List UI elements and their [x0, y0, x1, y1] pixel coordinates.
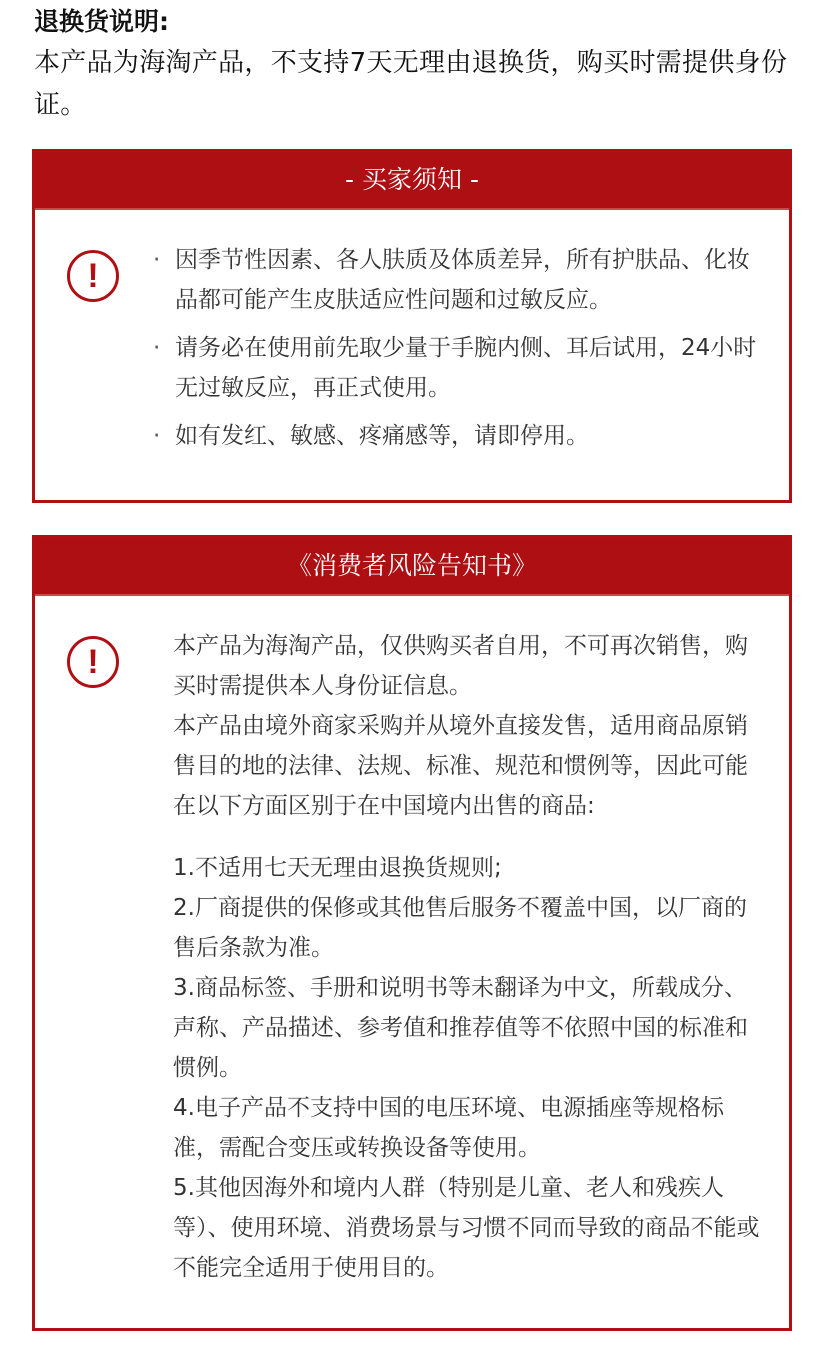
exclamation-circle-icon: ! [67, 250, 119, 302]
risk-notice-box: 《消费者风险告知书》 ! 本产品为海淘产品，仅供购买者自用，不可再次销售，购买时… [32, 535, 792, 1331]
risk-item: 4.电子产品不支持中国的电压环境、电源插座等规格标准，需配合变压或转换设备等使用… [173, 1088, 769, 1168]
return-policy-title: 退换货说明: [34, 4, 804, 40]
risk-paragraph: 本产品由境外商家采购并从境外直接发售，适用商品原销售目的地的法律、法规、标准、规… [173, 706, 769, 826]
risk-item: 1.不适用七天无理由退换货规则; [173, 848, 769, 888]
bullet-dot: · [153, 240, 160, 280]
buyer-notice-box: - 买家须知 - ! ·因季节性因素、各人肤质及体质差异，所有护肤品、化妆品都可… [32, 149, 792, 503]
list-item: ·如有发红、敏感、疼痛感等，请即停用。 [153, 416, 759, 456]
risk-item: 3.商品标签、手册和说明书等未翻译为中文，所载成分、声称、产品描述、参考值和推荐… [173, 968, 769, 1088]
risk-item: 2.厂商提供的保修或其他售后服务不覆盖中国，以厂商的售后条款为准。 [173, 888, 769, 968]
bullet-dot: · [153, 328, 160, 368]
buyer-notice-list: ·因季节性因素、各人肤质及体质差异，所有护肤品、化妆品都可能产生皮肤适应性问题和… [153, 240, 759, 464]
risk-notice-text: 本产品为海淘产品，仅供购买者自用，不可再次销售，购买时需提供本人身份证信息。 本… [173, 626, 769, 1288]
buyer-notice-title: - 买家须知 - [35, 152, 789, 210]
risk-notice-title: 《消费者风险告知书》 [35, 538, 789, 596]
list-item: ·因季节性因素、各人肤质及体质差异，所有护肤品、化妆品都可能产生皮肤适应性问题和… [153, 240, 759, 320]
exclamation-circle-icon: ! [67, 636, 119, 688]
risk-item: 5.其他因海外和境内人群（特别是儿童、老人和残疾人等）、使用环境、消费场景与习惯… [173, 1168, 769, 1288]
list-item: ·请务必在使用前先取少量于手腕内侧、耳后试用，24小时无过敏反应，再正式使用。 [153, 328, 759, 408]
risk-paragraph: 本产品为海淘产品，仅供购买者自用，不可再次销售，购买时需提供本人身份证信息。 [173, 626, 769, 706]
return-policy-section: 退换货说明: 本产品为海淘产品，不支持7天无理由退换货，购买时需提供身份证。 [34, 4, 804, 126]
return-policy-body: 本产品为海淘产品，不支持7天无理由退换货，购买时需提供身份证。 [34, 42, 804, 126]
bullet-dot: · [153, 416, 160, 456]
